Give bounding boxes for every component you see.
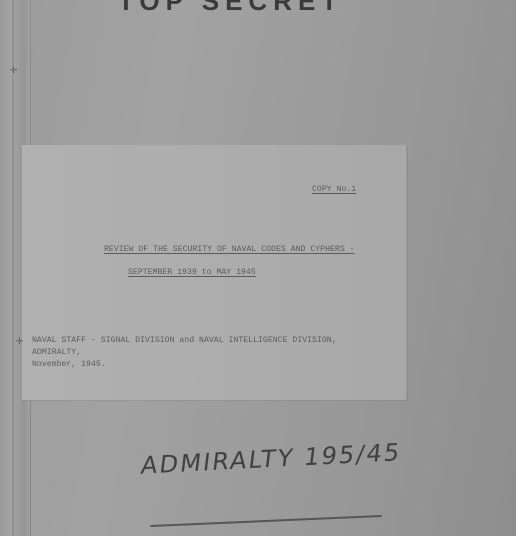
pin-hole-icon: ✛ — [10, 64, 17, 76]
handwritten-underline — [150, 515, 382, 527]
pin-hole-icon: ✛ — [16, 335, 23, 347]
document-title-line2: SEPTEMBER 1939 to MAY 1945 — [128, 268, 256, 277]
handwritten-file-reference: ADMIRALTY 195/45 — [139, 438, 403, 479]
originator-line1: NAVAL STAFF - SIGNAL DIVISION and NAVAL … — [32, 335, 337, 347]
document-title-line1: REVIEW OF THE SECURITY OF NAVAL CODES AN… — [104, 245, 355, 254]
security-classification-heading: TOP SECRET — [118, 0, 343, 17]
originator-line2: ADMIRALTY, — [32, 347, 337, 359]
pasted-title-label: COPY No.1 REVIEW OF THE SECURITY OF NAVA… — [22, 145, 407, 400]
title-line1-text: REVIEW OF THE SECURITY OF NAVAL CODES AN… — [104, 245, 355, 254]
copy-number: COPY No.1 — [312, 185, 356, 194]
fold-crease — [12, 0, 14, 536]
originator-line3: November, 1945. — [32, 359, 337, 371]
originator-block: NAVAL STAFF - SIGNAL DIVISION and NAVAL … — [32, 335, 337, 371]
